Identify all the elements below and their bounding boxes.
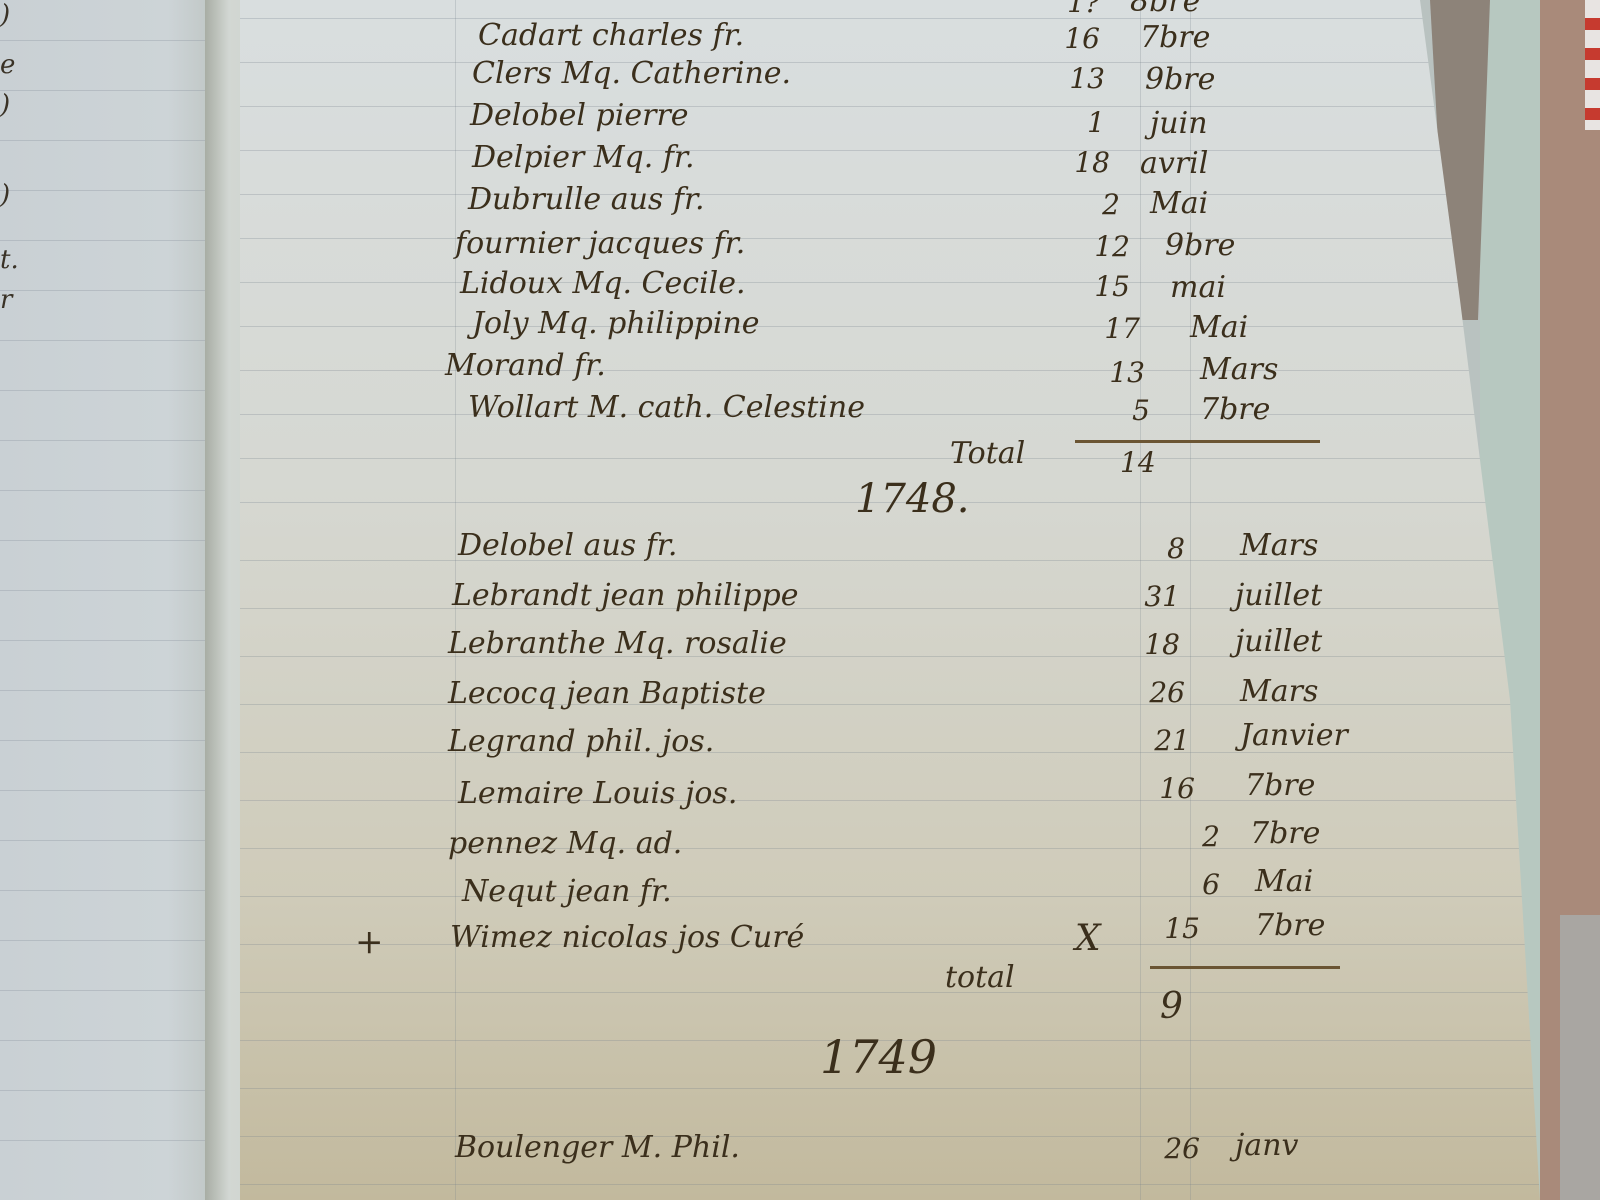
entry-day: 26 (1140, 1132, 1200, 1165)
entry-day: 6 (1160, 868, 1220, 901)
entry-day: 12 (1070, 230, 1130, 263)
left-page: ) e ) ) t. r (0, 0, 240, 1200)
left-margin-mark: r (0, 285, 12, 315)
entry-day: 26 (1125, 676, 1185, 709)
entry-name: Clers Mq. Catherine. (472, 56, 791, 91)
entry-name: Lidoux Mq. Cecile. (460, 266, 746, 301)
entry-name: Wimez nicolas jos Curé (450, 920, 804, 955)
entry-name: Cadart charles fr. (478, 18, 744, 53)
year-heading: 1749 (820, 1030, 937, 1084)
year-heading: 1748. (855, 476, 970, 522)
entry-month: 9bre (1165, 228, 1235, 263)
entry-month: 9bre (1145, 62, 1215, 97)
entry-month: Mai (1255, 864, 1313, 899)
total-value: 14 (1120, 446, 1156, 479)
left-margin-mark: ) (0, 180, 10, 210)
entry-month: 8bre (1130, 0, 1200, 19)
entry-month: mai (1170, 270, 1226, 305)
entry-day: 17 (1080, 312, 1140, 345)
cross-marker-icon: + (355, 922, 384, 962)
left-margin-mark: ) (0, 0, 10, 30)
total-underline (1075, 440, 1320, 443)
entry-month: Mai (1190, 310, 1248, 345)
entry-month: 7bre (1245, 768, 1315, 803)
entry-day: 21 (1130, 724, 1190, 757)
entry-name: Delobel pierre (470, 98, 689, 133)
entry-day: 8 (1125, 532, 1185, 565)
left-margin-mark: ) (0, 90, 10, 120)
entry-month: juillet (1235, 624, 1322, 659)
entry-name: Lecocq jean Baptiste (448, 676, 766, 711)
entry-day: 16 (1135, 772, 1195, 805)
entry-month: Mars (1240, 674, 1318, 709)
entry-name: Delpier Mq. fr. (472, 140, 695, 175)
total-label: total (945, 960, 1015, 995)
entry-month: 7bre (1140, 20, 1210, 55)
entry-month: juin (1150, 106, 1208, 141)
entry-day: 13 (1085, 356, 1145, 389)
entry-name: Nequt jean fr. (462, 874, 672, 909)
entry-name: Lebrandt jean philippe (452, 578, 799, 613)
entry-day: 1? (1040, 0, 1100, 19)
entry-name: Legrand phil. jos. (448, 724, 714, 759)
entry-name: Wollart M. cath. Celestine (468, 390, 865, 425)
total-label: Total (950, 436, 1025, 471)
entry-month: juillet (1235, 578, 1322, 613)
entry-name: Lemaire Louis jos. (458, 776, 737, 811)
entry-month: Janvier (1240, 718, 1348, 753)
entry-day: 15 (1140, 912, 1200, 945)
entry-name: Delobel aus fr. (458, 528, 677, 563)
background-striped-cloth (1585, 0, 1600, 130)
total-underline (1150, 966, 1340, 969)
entry-day: 5 (1090, 394, 1150, 427)
register-page (240, 0, 1540, 1200)
entry-month: avril (1140, 146, 1208, 181)
entry-name: Joly Mq. philippine (472, 306, 760, 341)
entry-day: 18 (1120, 628, 1180, 661)
entry-day: 31 (1120, 580, 1180, 613)
entry-day: 13 (1045, 62, 1105, 95)
entry-day: 2 (1060, 188, 1120, 221)
entry-annotation-x: X (1075, 918, 1101, 959)
entry-day: 15 (1070, 270, 1130, 303)
entry-name: Morand fr. (445, 348, 606, 383)
entry-month: Mars (1200, 352, 1278, 387)
entry-day: 16 (1040, 22, 1100, 55)
background-grey-object (1560, 915, 1600, 1200)
entry-name: fournier jacques fr. (455, 226, 745, 261)
entry-month: janv (1235, 1128, 1298, 1163)
entry-day: 2 (1160, 820, 1220, 853)
left-margin-mark: t. (0, 245, 19, 275)
entry-month: Mars (1240, 528, 1318, 563)
entry-month: Mai (1150, 186, 1208, 221)
left-margin-mark: e (0, 50, 15, 80)
entry-day: 1 (1045, 106, 1105, 139)
entry-name: Dubrulle aus fr. (468, 182, 705, 217)
entry-month: 7bre (1200, 392, 1270, 427)
entry-day: 18 (1050, 146, 1110, 179)
entry-name: pennez Mq. ad. (448, 826, 682, 861)
total-value: 9 (1160, 986, 1183, 1027)
entry-name: Lebranthe Mq. rosalie (448, 626, 787, 661)
entry-month: 7bre (1250, 816, 1320, 851)
entry-month: 7bre (1255, 908, 1325, 943)
entry-name: Boulenger M. Phil. (455, 1130, 740, 1165)
